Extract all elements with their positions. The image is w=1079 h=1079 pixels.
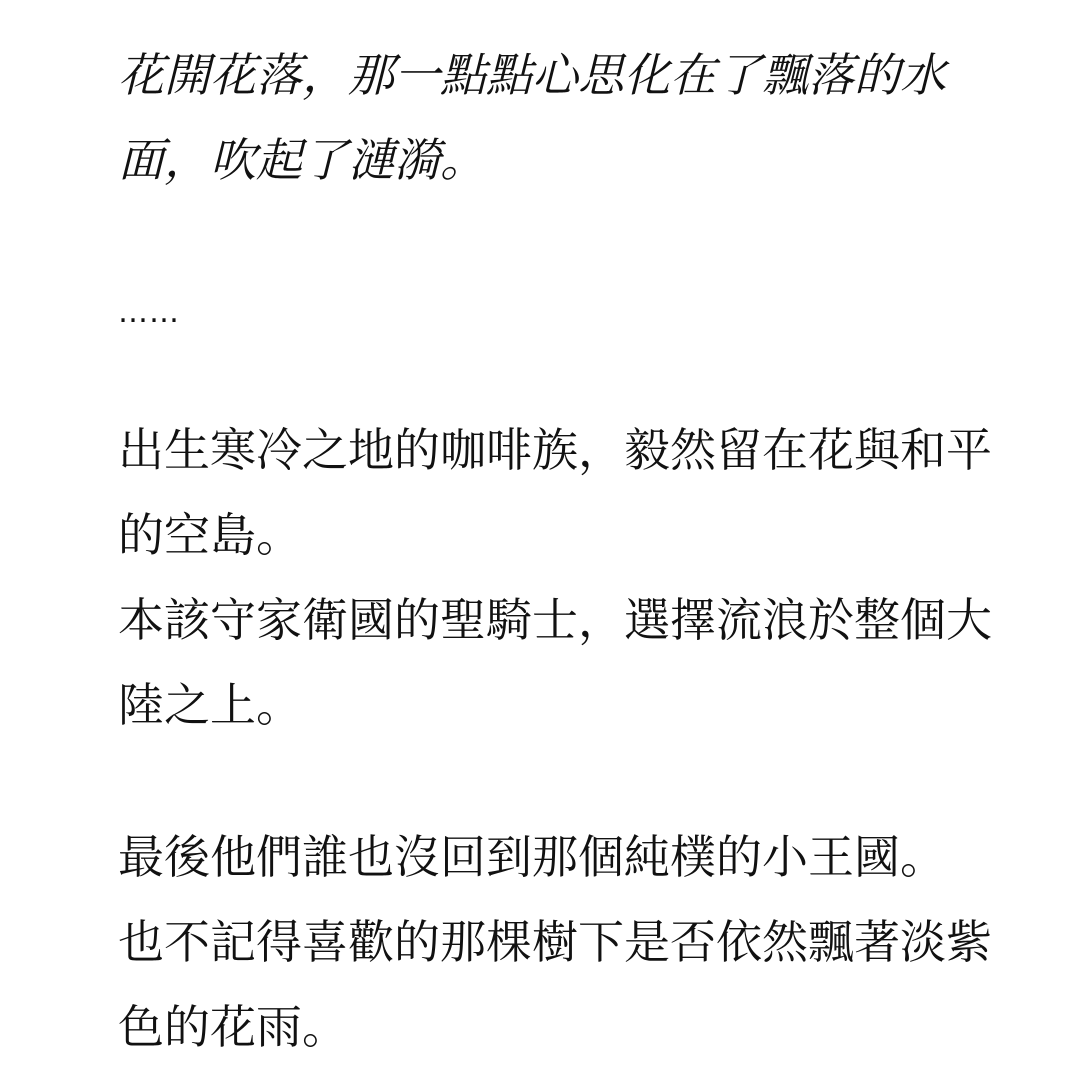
- paragraph-line-6: 也不記得喜歡的那棵樹下是否依然飄著淡紫: [118, 912, 992, 972]
- paragraph-line-2: 的空島。: [118, 505, 302, 565]
- ellipsis-separator: ……: [118, 283, 180, 343]
- paragraph-line-4: 陸之上。: [118, 675, 302, 735]
- italic-line-2: 面，吹起了漣漪。: [118, 130, 486, 190]
- paragraph-line-5: 最後他們誰也沒回到那個純樸的小王國。: [118, 827, 946, 887]
- paragraph-line-7: 色的花雨。: [118, 997, 348, 1057]
- paragraph-line-1: 出生寒冷之地的咖啡族，毅然留在花與和平: [118, 420, 992, 480]
- italic-line-1: 花開花落，那一點點心思化在了飄落的水: [118, 45, 946, 105]
- paragraph-line-3: 本該守家衛國的聖騎士，選擇流浪於整個大: [118, 590, 992, 650]
